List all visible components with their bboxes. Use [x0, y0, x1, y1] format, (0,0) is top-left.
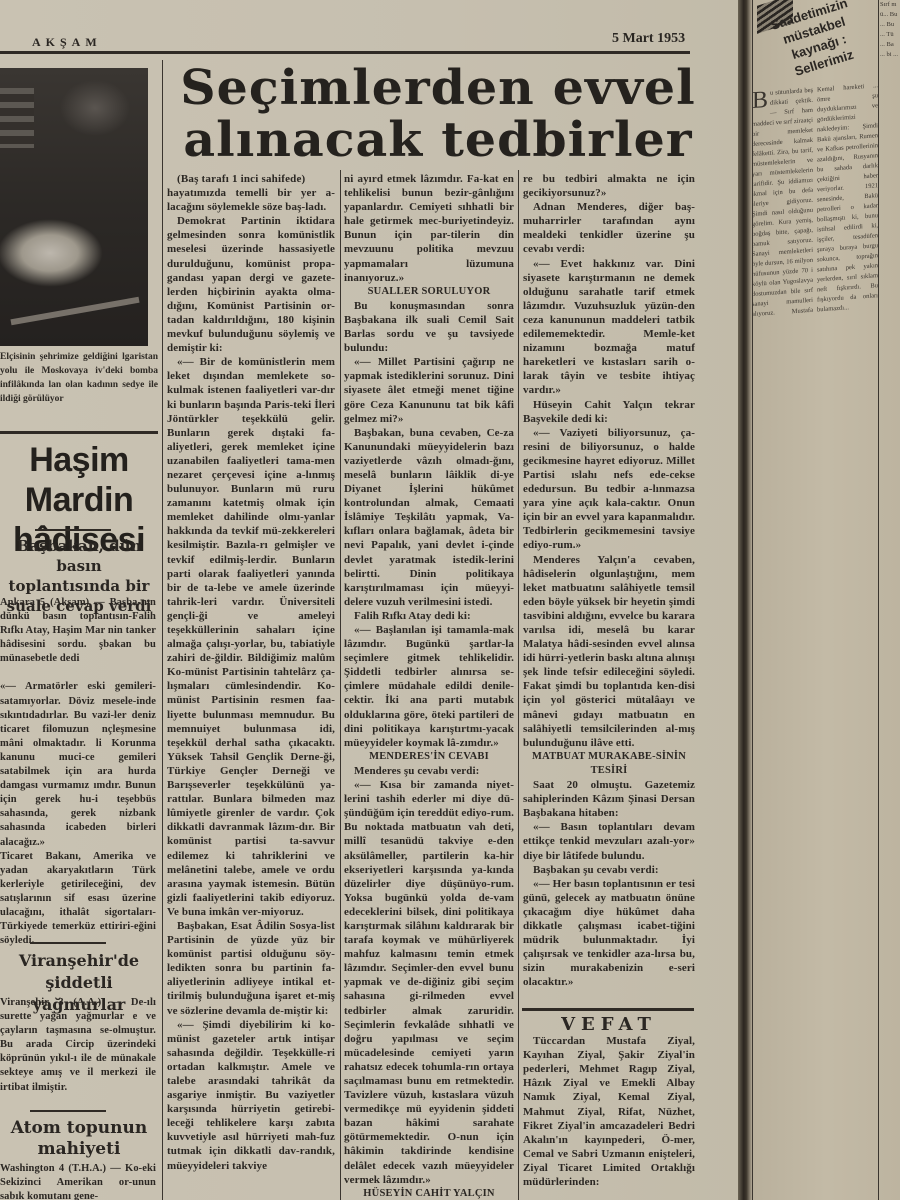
- paragraph: «— Basın toplantıları devam ettikçe tenk…: [523, 820, 695, 862]
- vefat-notice: VEFAT Tüccardan Mustafa Ziyal, Kayıhan Z…: [523, 1014, 695, 1189]
- paragraph: Falih Rıfkı Atay dedi ki:: [344, 609, 514, 623]
- paragraph: ni ayırd etmek lâzımdır. Fa-kat en tehli…: [344, 172, 514, 285]
- main-article-column-3: re bu tedbiri almakta ne için gecikiyors…: [523, 172, 695, 989]
- paragraph: Menderes şu cevabı verdi:: [344, 764, 514, 778]
- paragraph: «— Evet hakkınız var. Dini siyasete karı…: [523, 257, 695, 398]
- page-gutter: [738, 0, 752, 1200]
- continued-from: (Baş tarafı 1 inci sahifede): [167, 172, 335, 186]
- paragraph: Menderes Yalçın'a cevaben, hâdiselerin o…: [523, 553, 695, 750]
- column-separator: [518, 170, 519, 1200]
- drop-cap: B: [752, 89, 768, 112]
- section-subhead-menderes: MENDERES'İN CEVABI: [344, 750, 514, 764]
- atom-body: Washington 4 (T.H.A.) — Ko-eki Sekizinci…: [0, 1162, 156, 1200]
- issue-date: 5 Mart 1953: [612, 31, 685, 47]
- paragraph: «— Başlanılan işi tamamla-mak lâzımdır. …: [344, 623, 514, 750]
- section-divider: [30, 942, 106, 944]
- paragraph: «— Şimdi diyebilirim ki ko-münist gazete…: [167, 1018, 335, 1173]
- column-border: [878, 0, 879, 1200]
- section-subhead-matbuat: MATBUAT MURAKABE-SİNİN TESİRİ: [523, 750, 695, 778]
- news-photo: [0, 68, 148, 346]
- viransehir-body: Viranşehir 3 (A.A.) — De-ılı surette yağ…: [0, 996, 156, 1095]
- paragraph: re bu tedbiri almakta ne için gecikiyors…: [523, 172, 695, 200]
- headline-line-1: Seçimlerden evvel: [173, 62, 703, 114]
- facing-page: Saadetimizin müstakbel kaynağı : Selleri…: [752, 0, 900, 1200]
- paragraph: Ankara 5 (Akşam) — Başba-nın dünkü basın…: [0, 596, 156, 666]
- vefat-text: Tüccardan Mustafa Ziyal, Kayıhan Ziyal, …: [523, 1034, 695, 1189]
- newspaper-name: AKŞAM: [32, 35, 102, 50]
- paragraph: Hüseyin Cahit Yalçın tekrar Başvekile de…: [523, 398, 695, 426]
- paragraph: Bu konuşmasından sonra Başbakana ilk sua…: [344, 299, 514, 355]
- section-rule: [0, 431, 158, 434]
- facing-page-article: Saadetimizin müstakbel kaynağı : Selleri…: [752, 0, 900, 1200]
- vefat-title: VEFAT: [523, 1018, 695, 1032]
- paragraph: «— Kısa bir zamanda niyet-lerini tashih …: [344, 778, 514, 1187]
- facing-page-text: B u sütunlarda beş dikkati çektik. — Sır…: [752, 81, 878, 1200]
- photo-background-detail: [0, 88, 34, 148]
- paragraph: Demokrat Partinin iktidara gelmesinden s…: [167, 214, 335, 355]
- photo-caption: Elçisinin şehrimize geldiğini lgaristan …: [0, 350, 158, 406]
- paragraph: Başbakan şu cevabı verdi:: [523, 863, 695, 877]
- paragraph: Başbakan, Esat Âdilin Sosya-list Partisi…: [167, 919, 335, 1018]
- hasim-mardin-body: Ankara 5 (Akşam) — Başba-nın dünkü basın…: [0, 596, 156, 948]
- paragraph: «— Millet Partisini çağırıp ne yapmak is…: [344, 355, 514, 425]
- newspaper-page: AKŞAM 5 Mart 1953 Elçisinin şehrimize ge…: [0, 0, 740, 1200]
- vefat-rule: [522, 1008, 694, 1011]
- photo-stretcher: [10, 297, 139, 325]
- facing-page-body: u sütunlarda beş dikkati çektik. — Sırf …: [752, 82, 878, 318]
- facing-page-edge-text: Sırf mü... Bu ... Bu ... Tü ... Ba ... b…: [880, 0, 900, 1200]
- atom-headline: Atom topunun mahiyeti: [0, 1118, 158, 1160]
- paragraph: Başbakan, buna cevaben, Ce-za Kanunundak…: [344, 426, 514, 609]
- paragraph: «— Armatörler eski gemileri-satamıyorlar…: [0, 680, 156, 849]
- masthead-rule: [0, 51, 690, 54]
- section-subhead-sualler: SUALLER SORULUYOR: [344, 285, 514, 299]
- masthead: AKŞAM 5 Mart 1953: [0, 0, 740, 56]
- paragraph: Ticaret Bakanı, Amerika ve yadan akaryak…: [0, 850, 156, 949]
- main-article-column-2: ni ayırd etmek lâzımdır. Fa-kat en tehli…: [344, 172, 514, 1200]
- paragraph: «— Her basın toplantısının er tesi günü,…: [523, 877, 695, 990]
- main-headline: Seçimlerden evvel alınacak tedbirler: [178, 62, 698, 166]
- paragraph: «— Vaziyeti biliyorsunuz, ça-resini de b…: [523, 426, 695, 553]
- section-divider: [30, 1110, 106, 1112]
- paragraph: «— Bir de komünistlerin mem leket dışınd…: [167, 355, 335, 919]
- paragraph: Saat 20 olmuştu. Gazetemiz sahiplerinden…: [523, 778, 695, 820]
- column-separator: [340, 170, 341, 1200]
- column-separator: [162, 60, 163, 1200]
- headline-line-2: alınacak tedbirler: [173, 114, 703, 166]
- section-subhead-yalcin: HÜSEYİN CAHİT YALÇIN: [344, 1187, 514, 1200]
- headline-divider: [35, 529, 111, 531]
- main-article-column-1: (Baş tarafı 1 inci sahifede) hayatımızda…: [167, 172, 335, 1173]
- paragraph: hayatımızda temelli bir yer a-lacağını s…: [167, 186, 335, 214]
- paragraph: Adnan Menderes, diğer baş-muharrirler ta…: [523, 200, 695, 256]
